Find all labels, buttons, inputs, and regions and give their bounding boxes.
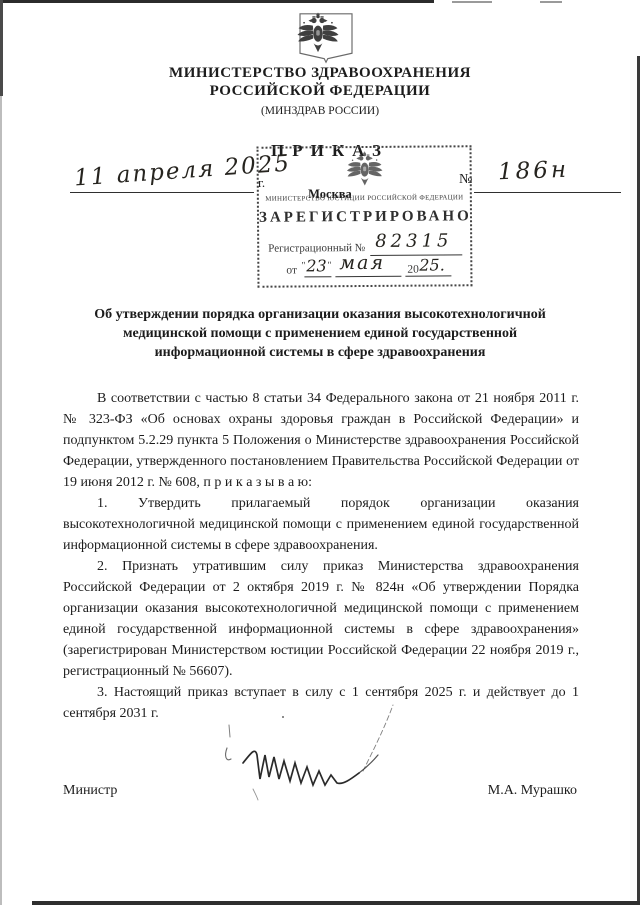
scan-edge-top-dash [540,1,562,3]
double-headed-eagle-icon [296,12,340,54]
stamp-registered-label: ЗАРЕГИСТРИРОВАНО [259,208,470,226]
ministry-header: МИНИСТЕРСТВО ЗДРАВООХРАНЕНИЯ РОССИЙСКОЙ … [0,64,640,120]
order-body: В соответствии с частью 8 статьи 34 Феде… [63,388,579,724]
scanned-order-document: МИНИСТЕРСТВО ЗДРАВООХРАНЕНИЯ РОССИЙСКОЙ … [0,0,640,905]
signatory-name: М.А. Мурашко [488,783,577,799]
scan-edge-top-dash [452,1,492,3]
stamp-reg-number-handwritten: 82315 [375,230,452,252]
order-title: Об утверждении порядка организации оказа… [78,305,562,362]
handwritten-number: 186н [498,157,570,185]
stamp-from-label: от [286,264,297,276]
stamp-year-printed: 20 [407,264,419,276]
stamp-quote-close: " [327,260,331,271]
stamp-eagle-icon [345,149,383,189]
paragraph-item-2: 2. Признать утратившим силу приказ Минис… [63,556,579,682]
paragraph-item-1: 1. Утвердить прилагаемый порядок организ… [63,493,579,556]
scan-edge-left [0,0,2,905]
signatory-role: Министр [63,783,117,799]
coat-of-arms [296,12,356,64]
ministry-of-justice-stamp: МИНИСТЕРСТВО ЮСТИЦИИ РОССИЙСКОЙ ФЕДЕРАЦИ… [257,145,473,287]
scan-edge-bottom [32,901,640,905]
stamp-month-handwritten: мая [339,252,385,274]
ministry-name-line2: РОССИЙСКОЙ ФЕДЕРАЦИИ [0,82,640,100]
ministry-short-name: (МИНЗДРАВ РОССИИ) [0,102,640,120]
ministry-name-line1: МИНИСТЕРСТВО ЗДРАВООХРАНЕНИЯ [0,64,640,82]
stamp-year-handwritten: 25. [419,255,445,274]
scan-edge-top [0,0,434,3]
paragraph-preamble: В соответствии с частью 8 статьи 34 Феде… [63,388,579,493]
minister-signature [213,693,403,818]
stamp-day-handwritten: 23 [306,256,326,275]
stamp-authority: МИНИСТЕРСТВО ЮСТИЦИИ РОССИЙСКОЙ ФЕДЕРАЦИ… [259,194,470,202]
